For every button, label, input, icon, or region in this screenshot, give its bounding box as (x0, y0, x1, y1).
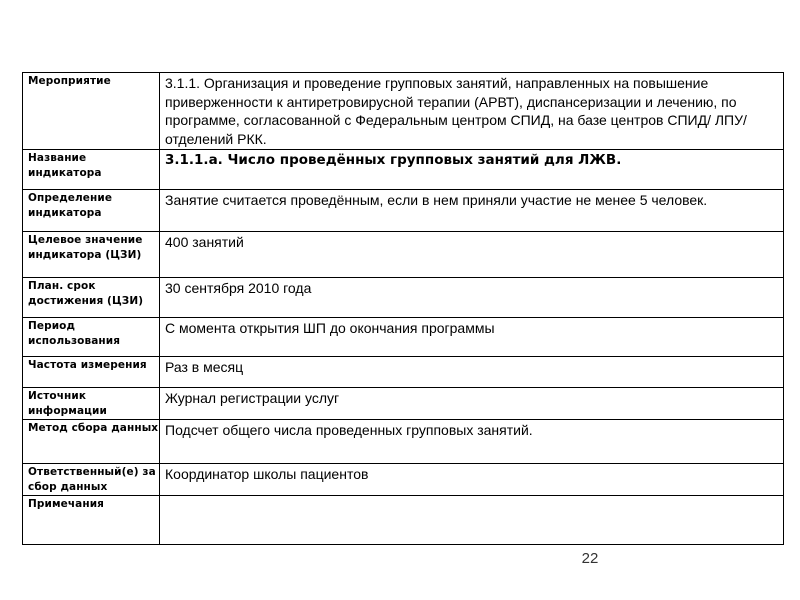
table-row-notes: Примечания (23, 496, 784, 545)
row-label: Метод сбора данных (23, 420, 160, 464)
row-label: Примечания (23, 496, 160, 545)
row-label: Ответственный(е) за сбор данных (23, 464, 160, 496)
row-value: 3.1.1.а. Число проведённых групповых зан… (160, 150, 784, 190)
row-value: С момента открытия ШП до окончания прогр… (160, 318, 784, 357)
table-row-event: Мероприятие 3.1.1. Организация и проведе… (23, 73, 784, 150)
row-label: Мероприятие (23, 73, 160, 150)
table-row-target-date: План. срок достижения (ЦЗИ) 30 сентября … (23, 278, 784, 318)
row-value: Занятие считается проведённым, если в не… (160, 190, 784, 232)
table-row-collection-method: Метод сбора данных Подсчет общего числа … (23, 420, 784, 464)
table-row-indicator-name: Название индикатора 3.1.1.а. Число прове… (23, 150, 784, 190)
table-row-indicator-definition: Определение индикатора Занятие считается… (23, 190, 784, 232)
table-row-responsible: Ответственный(е) за сбор данных Координа… (23, 464, 784, 496)
table-row-usage-period: Период использования С момента открытия … (23, 318, 784, 357)
table-row-target-value: Целевое значение индикатора (ЦЗИ) 400 за… (23, 232, 784, 278)
row-value: Журнал регистрации услуг (160, 388, 784, 420)
row-label: Период использования (23, 318, 160, 357)
row-label: Источник информации (23, 388, 160, 420)
row-value: 3.1.1. Организация и проведение групповы… (160, 73, 784, 150)
row-value: Подсчет общего числа проведенных группов… (160, 420, 784, 464)
row-label: План. срок достижения (ЦЗИ) (23, 278, 160, 318)
row-value: 30 сентября 2010 года (160, 278, 784, 318)
row-label: Целевое значение индикатора (ЦЗИ) (23, 232, 160, 278)
slide: Мероприятие 3.1.1. Организация и проведе… (0, 0, 800, 600)
row-value (160, 496, 784, 545)
row-label: Частота измерения (23, 357, 160, 388)
table-row-information-source: Источник информации Журнал регистрации у… (23, 388, 784, 420)
table-row-measurement-frequency: Частота измерения Раз в месяц (23, 357, 784, 388)
row-label: Определение индикатора (23, 190, 160, 232)
row-value: Раз в месяц (160, 357, 784, 388)
row-value: 400 занятий (160, 232, 784, 278)
page-number: 22 (570, 550, 610, 567)
row-label: Название индикатора (23, 150, 160, 190)
indicator-table: Мероприятие 3.1.1. Организация и проведе… (22, 72, 784, 545)
row-value: Координатор школы пациентов (160, 464, 784, 496)
